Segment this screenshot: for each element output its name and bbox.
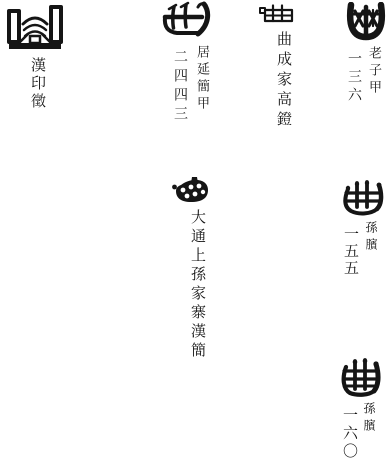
qu-laozi-glyph-image (344, 2, 388, 42)
qu-han-seal-glyph-image (6, 5, 64, 51)
number-label: 一六〇 (341, 407, 356, 461)
source-label: 孫臏 (365, 221, 377, 255)
source-label: 老子甲 (368, 46, 381, 97)
number-label: 一五五 (342, 226, 357, 277)
source-label: 大通上孫家寨漢簡 (189, 209, 204, 361)
source-label: 曲成家高鐙 (275, 31, 290, 131)
dictionary-page: 漢印徵 居延簡甲 二四四三 (0, 0, 389, 464)
qu-bronze-lamp-glyph-image (259, 4, 295, 24)
source-label: 居延簡甲 (196, 45, 209, 113)
qu-juyan-glyph-image (157, 1, 215, 39)
source-label: 漢印徵 (29, 57, 44, 111)
number-label: 一三六 (346, 51, 360, 105)
number-label: 二四四三 (172, 49, 186, 125)
qu-sunbin-155-glyph-image (339, 180, 386, 216)
source-label: 孫臏 (363, 402, 375, 436)
qu-datong-glyph-image (172, 177, 210, 205)
qu-sunbin-160-glyph-image (338, 358, 383, 398)
